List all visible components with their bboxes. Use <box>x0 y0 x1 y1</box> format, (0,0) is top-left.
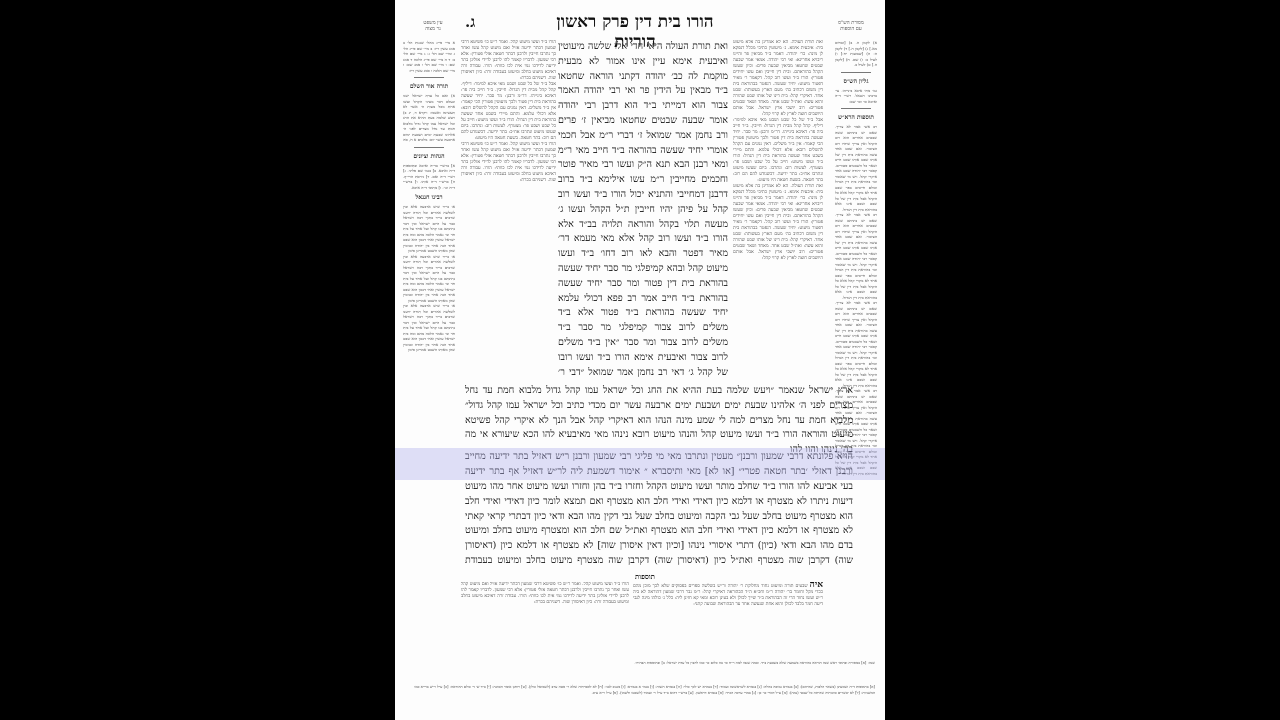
footnotes-top: שנה: [א] במסורת ובתוס׳ ראש שנה הוראה בהו… <box>407 660 875 682</box>
gemara-highlighted-span: הויא פלונתא דרבי שמעון ורבנן״ מעטין ונתר… <box>465 451 853 480</box>
masoret-hashas-text: א) לקמן ה. ב) [זבחים מא.] ג) [לקמן ה.] ד… <box>835 40 877 68</box>
tosafot-left-column: הורו ב״ד ועשו מיעוט קהל. ואמר ר״ש כו׳ פש… <box>461 582 629 654</box>
talmud-page: מסורת הש"ס עם הוספות הורו בית דין פרק רא… <box>395 0 885 720</box>
divider <box>414 147 444 148</box>
rashi-text-cont: ואת תורת העולה. הא לא אמרינן בה אלא מיעו… <box>733 184 823 262</box>
rashi-text: ואת תורת העולה. הא לא אמרינן בה אלא מיעו… <box>733 40 823 118</box>
torah-or-text: א) ואם כל עדת ישראל ישגו ונעלם דבר מעיני… <box>403 93 455 143</box>
gilyon-hashas-text: גמ׳ מתי איכא בינייהו. עי׳ ברבינו חננאל. … <box>835 88 877 105</box>
tosafot-harosh-text: רב אשי אמר לא צריך. שאם יש ביניהם ששה שב… <box>835 124 877 212</box>
tosafot-upper-column: הורו ב״ד ועשו מיעוט קהל. ואמר ר״ש כו׳ פש… <box>461 40 556 382</box>
gemara-main-text: ואת תורת העולה היא׳ חדי אלו שלשה מיעוטין… <box>558 40 728 382</box>
gemara-fullwidth-text: ארץ ישראל שנאמר ״ויעש שלמה בעת ההיא את ה… <box>465 384 853 452</box>
rabbeinu-chananel-text-cont: או בי״ד שיש ארבעה אלא ובין לשלשה אהרים ו… <box>403 254 455 304</box>
rabbeinu-chananel-text-cont: או בי״ד שיש ארבעה אלא ובין לשלשה אהרים ו… <box>403 303 455 353</box>
footnotes-bottom: [א] בתוספות ד״ה ושמעינן (בשאר הלבות, שהי… <box>407 684 875 704</box>
tosafot-upper-text: הורו ב״ד ועשו מיעוט קהל. ואמר ר״ש כו׳ פש… <box>461 40 556 82</box>
tosafot-heading: תוספות <box>605 572 685 581</box>
rashi-text-cont: אבל ב״ד של כל שבט ושבט מאי איכא למימר: ד… <box>733 118 823 184</box>
gemara-lower-text: בעי אביעא להו הורו ב״ד שחלב מותר ועשו מי… <box>465 480 853 568</box>
rashi-column: ואת תורת העולה. הא לא אמרינן בה אלא מיעו… <box>733 40 823 382</box>
tosafot-opening-word: איה <box>810 582 823 590</box>
gemara-highlighted-text: הויא פלונתא דרבי שמעון ורבנן״ מעטין ונתר… <box>465 450 853 480</box>
tosafot-right-column: איה שבעים תורה ומיעוט נחוד מחלוקת ר׳ יהו… <box>633 582 823 654</box>
rabbeinu-chananel-text: או בי״ד שיש ארבעה אלא ובין לשלשה אהרים ו… <box>403 204 455 254</box>
hagahot-heading: הגהות וציונים <box>403 152 455 161</box>
tosafot-harosh-text-cont: רב אשי אמר לא צריך. שאם יש ביניהם ששה שב… <box>835 212 877 300</box>
hagahot-text: א] ברש״י בד״ה ואיכא ובתוספות ד״ה ואיכא. … <box>403 163 455 191</box>
gemara-fullwidth-span: ארץ ישראל שנאמר ״ויעש שלמה בעת ההיא את ה… <box>465 385 853 452</box>
rabbeinu-chananel-heading: רבינו חננאל <box>403 193 455 202</box>
ein-mishpat-text: א מיי׳ פי״ג מהל׳ שגגות הל׳ ב סמג עשין רי… <box>403 40 455 73</box>
tosafot-left-text: הורו ב״ד ועשו מיעוט קהל. ואמר ר״ש כו׳ פש… <box>461 582 629 605</box>
page-header: מסורת הש"ס עם הוספות הורו בית דין פרק רא… <box>395 12 885 40</box>
tosafot-right-text: שבעים תורה ומיעוט נחוד מחלוקת ר׳ יהודה ו… <box>633 584 823 607</box>
tosafot-upper-text-cont: הורו ב״ד ועשו מיעוט קהל. ואמר ר״ש כו׳ פש… <box>461 142 556 184</box>
footnote-line-2: [א] בתוספות ד״ה ושמעינן (בשאר הלבות, שהי… <box>414 684 875 695</box>
tosafot-upper-text-cont: אבל ב״ד של כל שבט ושבט מאי איכא למימר: ד… <box>461 82 556 142</box>
left-margin-column: א מיי׳ פי״ג מהל׳ שגגות הל׳ ב סמג עשין רי… <box>403 40 455 680</box>
tosafot-harosh-heading: תוספות הרא״ש <box>835 113 877 122</box>
gilyon-hashas-heading: גליון הש״ס <box>835 77 877 86</box>
ein-mishpat-label: עין משפט נר מצוה <box>413 20 453 32</box>
divider <box>414 77 444 78</box>
footnote-line-1: שנה: [א] במסורת ובתוס׳ ראש שנה הוראה בהו… <box>634 660 875 665</box>
folio-number: ג. <box>465 13 475 32</box>
divider <box>841 72 871 73</box>
gemara-lower-span: בעי אביעא להו הורו ב״ד שחלב מותר ועשו מי… <box>465 481 853 568</box>
gemara-upper-text: ואת תורת העולה היא׳ חדי אלו שלשה מיעוטין… <box>558 41 728 382</box>
right-margin-column: א) לקמן ה. ב) [זבחים מא.] ג) [לקמן ה.] ד… <box>835 40 877 680</box>
divider <box>841 108 871 109</box>
masoret-hashas-label: מסורת הש"ס עם הוספות <box>831 20 871 32</box>
tosafot-harosh-text-cont: רב אשי אמר לא צריך. שאם יש ביניהם ששה שב… <box>835 300 877 388</box>
torah-or-heading: תורה אור השלם <box>403 82 455 91</box>
